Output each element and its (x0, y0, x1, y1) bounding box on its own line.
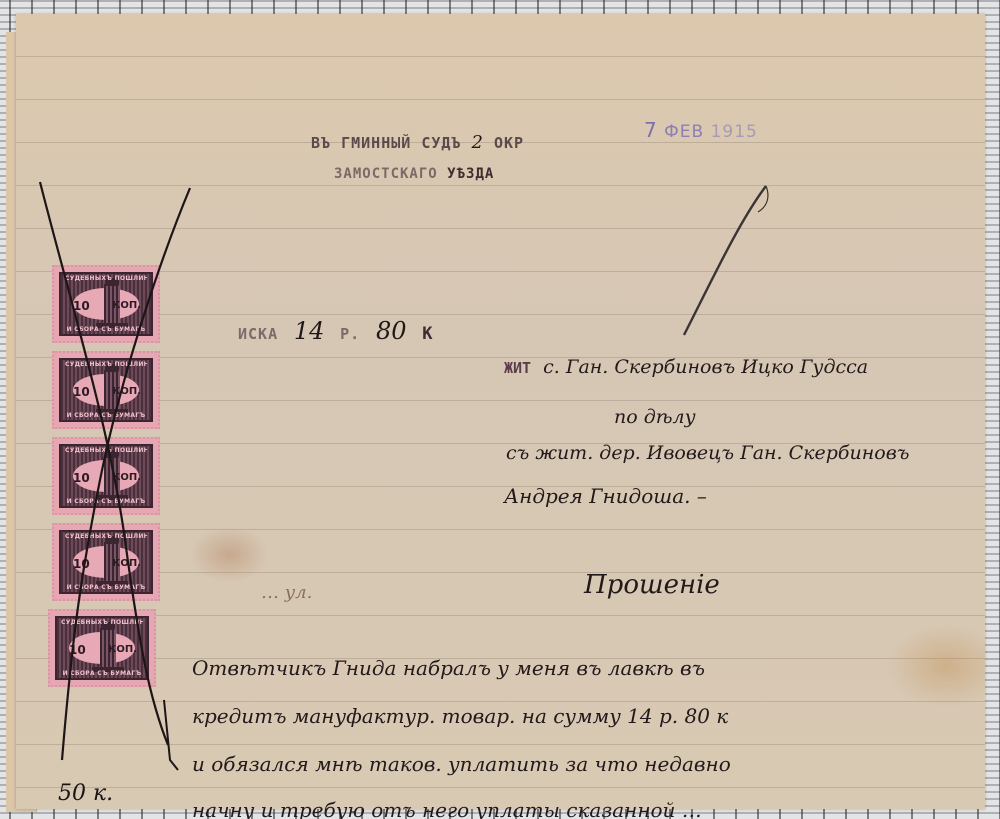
pen-strokes (0, 0, 1000, 819)
cancellation-stroke-right (62, 188, 190, 760)
bracket-stroke (164, 700, 178, 770)
slanted-pen-stroke (684, 186, 766, 335)
